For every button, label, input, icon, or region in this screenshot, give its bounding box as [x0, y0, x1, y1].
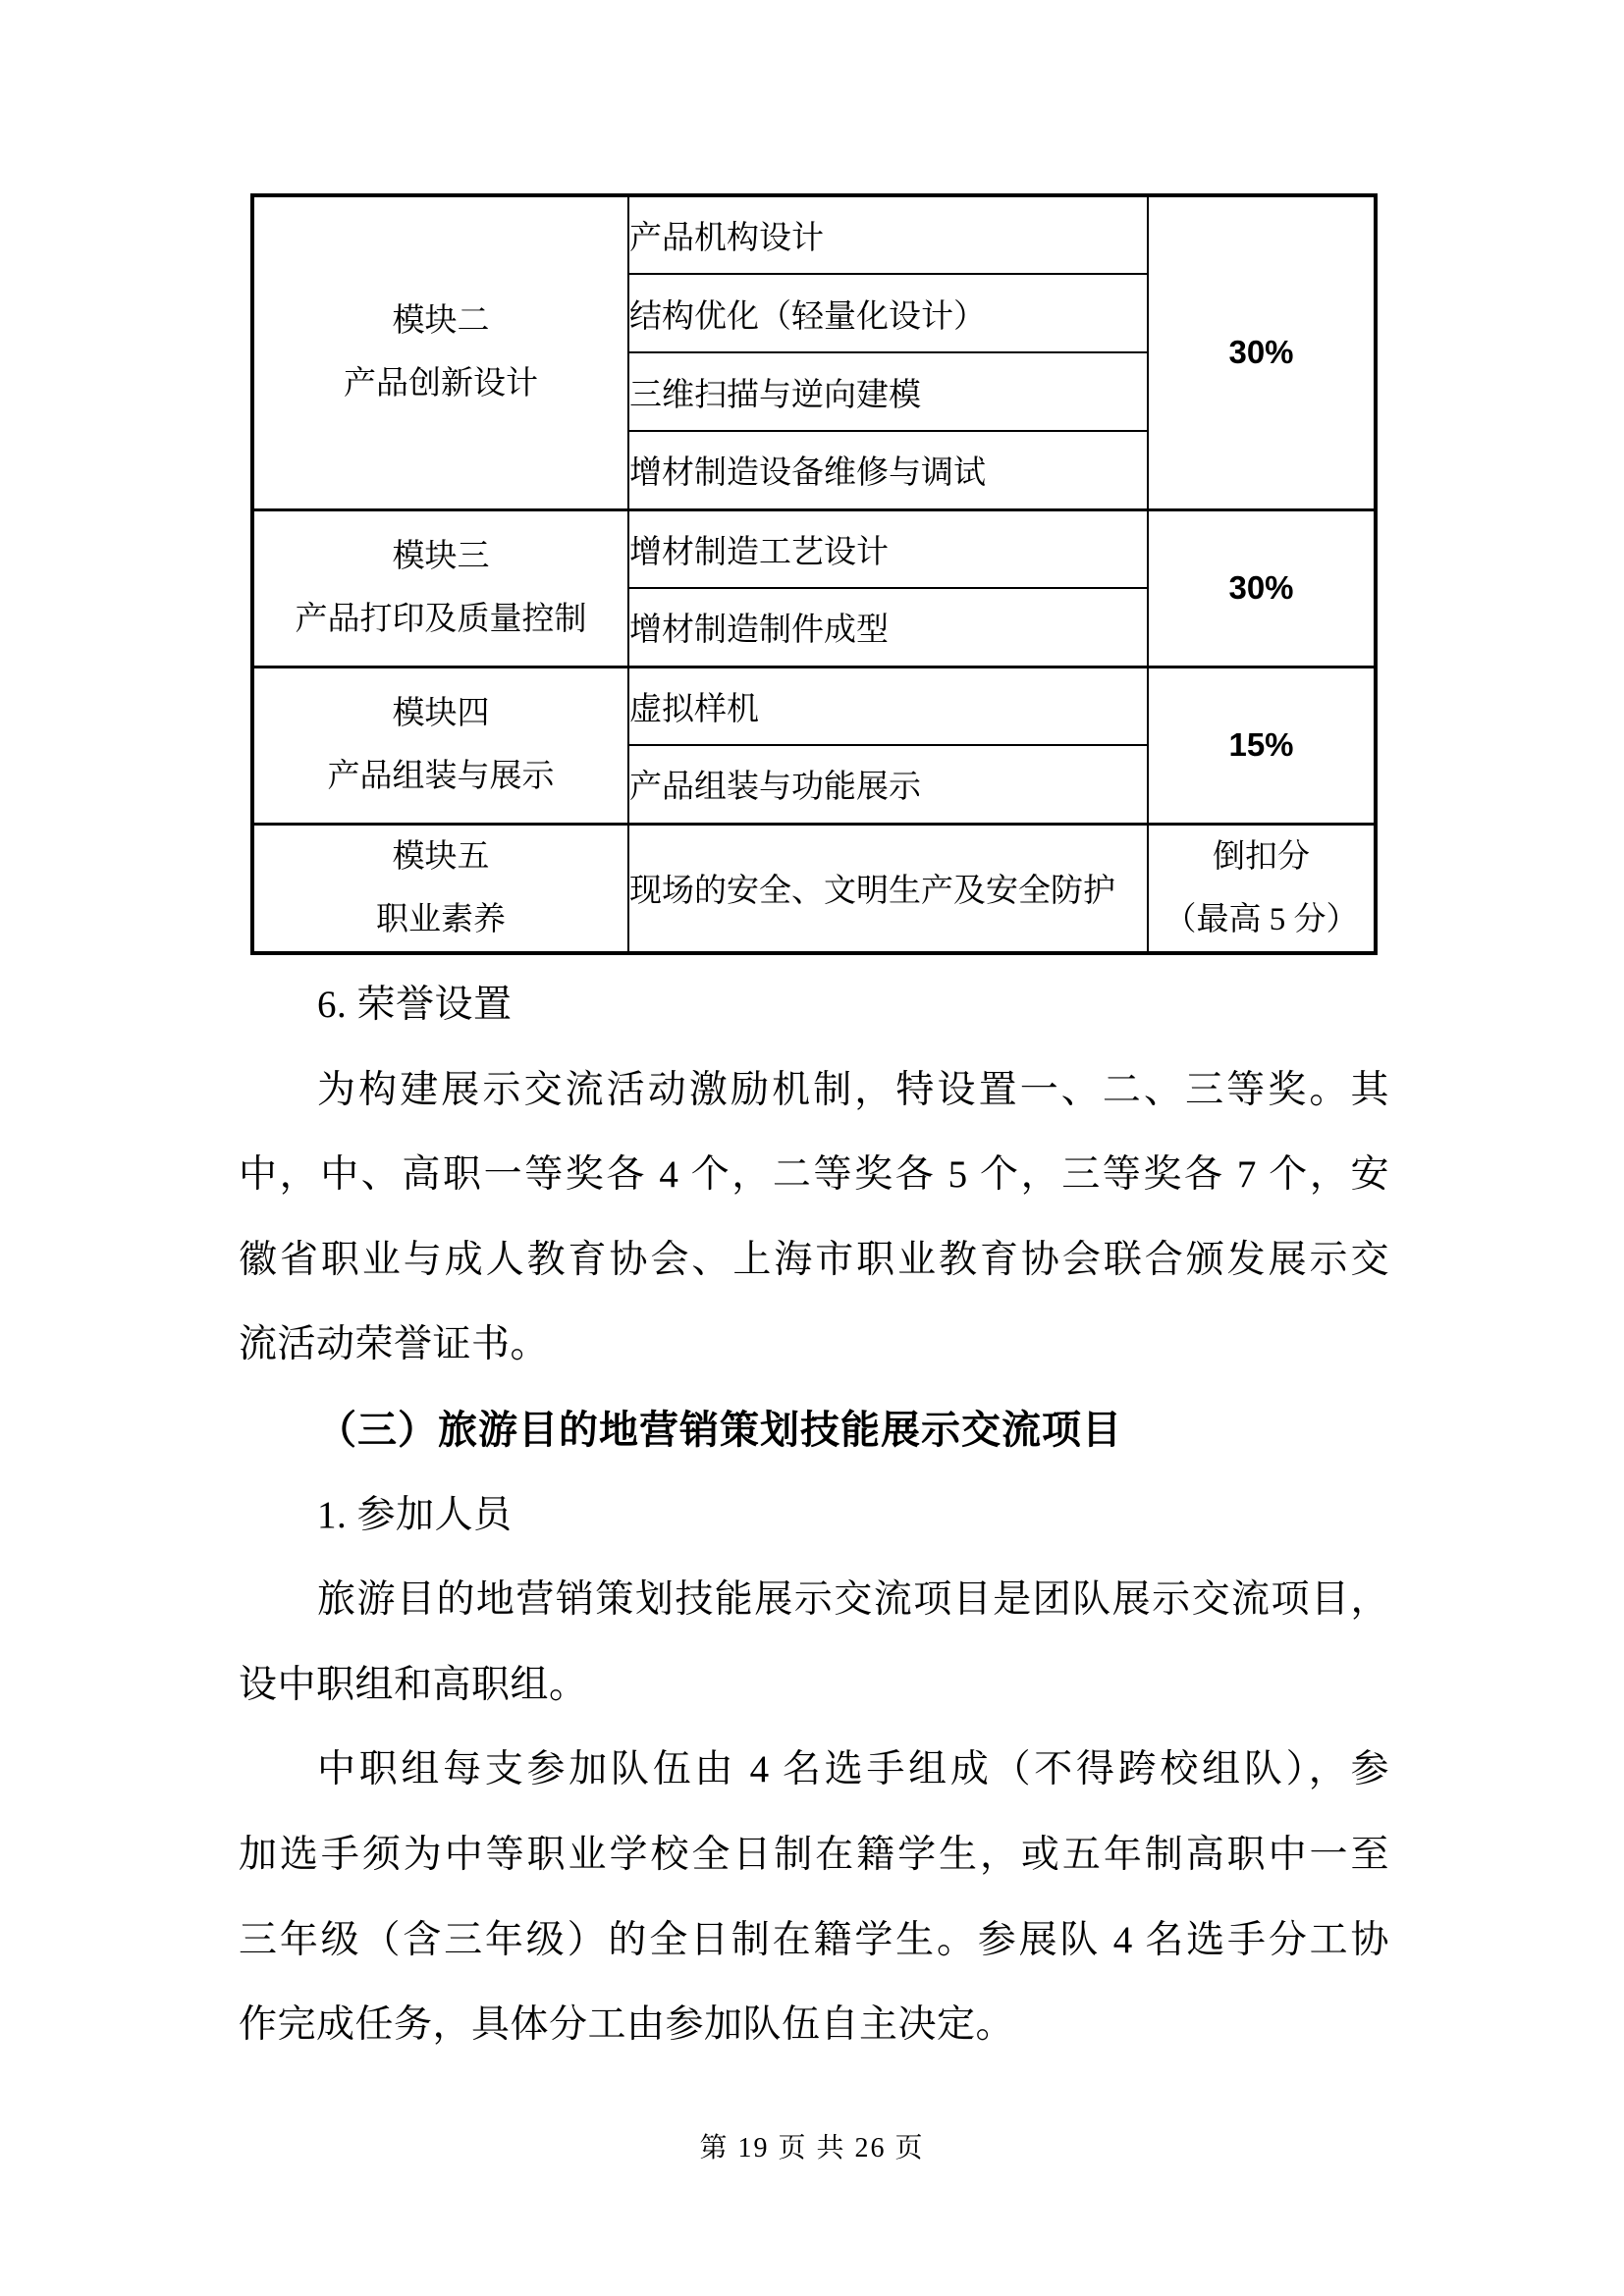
task-cell: 产品组装与功能展示: [628, 745, 1148, 824]
section-heading-tourism: （三）旅游目的地营销策划技能展示交流项目: [239, 1388, 1389, 1473]
body-line: 旅游目的地营销策划技能展示交流项目是团队展示交流项目，: [239, 1558, 1389, 1643]
body-line: 作完成任务，具体分工由参加队伍自主决定。: [239, 1983, 1389, 2068]
table-row: 模块四 产品组装与展示 虚拟样机 15%: [252, 667, 1376, 745]
numbered-heading-honor: 6. 荣誉设置: [239, 963, 1389, 1048]
module-5-cell: 模块五 职业素养: [252, 824, 628, 953]
module-3-subtitle: 产品打印及质量控制: [254, 588, 627, 651]
body-line: 加选手须为中等职业学校全日制在籍学生，或五年制高职中一至: [239, 1813, 1389, 1898]
task-cell: 现场的安全、文明生产及安全防护: [628, 824, 1148, 953]
deduct-max-label: （最高 5 分）: [1149, 888, 1374, 951]
body-line: 流活动荣誉证书。: [239, 1303, 1389, 1388]
body-text: 6. 荣誉设置 为构建展示交流活动激励机制，特设置一、二、三等奖。其 中，中、高…: [239, 963, 1389, 2068]
task-cell: 增材制造设备维修与调试: [628, 431, 1148, 509]
task-cell: 产品机构设计: [628, 195, 1148, 274]
body-line: 中职组每支参加队伍由 4 名选手组成（不得跨校组队），参: [239, 1728, 1389, 1813]
task-cell: 三维扫描与逆向建模: [628, 352, 1148, 431]
body-line: 中，中、高职一等奖各 4 个，二等奖各 5 个，三等奖各 7 个，安: [239, 1133, 1389, 1218]
module-4-name: 模块四: [254, 682, 627, 745]
task-cell: 增材制造工艺设计: [628, 509, 1148, 588]
body-line: 设中职组和高职组。: [239, 1643, 1389, 1729]
numbered-heading-participants: 1. 参加人员: [239, 1473, 1389, 1559]
module-5-name: 模块五: [254, 826, 627, 888]
module-4-cell: 模块四 产品组装与展示: [252, 667, 628, 824]
module-2-name: 模块二: [254, 290, 627, 352]
module-3-name: 模块三: [254, 525, 627, 588]
module-2-cell: 模块二 产品创新设计: [252, 195, 628, 509]
table-row: 模块五 职业素养 现场的安全、文明生产及安全防护 倒扣分 （最高 5 分）: [252, 824, 1376, 953]
body-line: 为构建展示交流活动激励机制，特设置一、二、三等奖。其: [239, 1048, 1389, 1134]
module-4-weight-cell: 15%: [1148, 667, 1376, 824]
document-page: 模块二 产品创新设计 产品机构设计 30% 结构优化（轻量化设计） 三维扫描与逆…: [0, 0, 1624, 2296]
deduct-label: 倒扣分: [1149, 826, 1374, 888]
task-cell: 结构优化（轻量化设计）: [628, 274, 1148, 352]
module-5-subtitle: 职业素养: [254, 888, 627, 951]
task-cell: 增材制造制件成型: [628, 588, 1148, 667]
table-row: 模块二 产品创新设计 产品机构设计 30%: [252, 195, 1376, 274]
module-2-weight-cell: 30%: [1148, 195, 1376, 509]
module-3-cell: 模块三 产品打印及质量控制: [252, 509, 628, 667]
page-number-footer: 第 19 页 共 26 页: [0, 2126, 1624, 2165]
task-cell: 虚拟样机: [628, 667, 1148, 745]
module-3-weight-cell: 30%: [1148, 509, 1376, 667]
body-line: 三年级（含三年级）的全日制在籍学生。参展队 4 名选手分工协: [239, 1898, 1389, 1984]
module-2-subtitle: 产品创新设计: [254, 352, 627, 415]
body-line: 徽省职业与成人教育协会、上海市职业教育协会联合颁发展示交: [239, 1218, 1389, 1304]
module-5-weight-cell: 倒扣分 （最高 5 分）: [1148, 824, 1376, 953]
module-4-subtitle: 产品组装与展示: [254, 745, 627, 808]
table-row: 模块三 产品打印及质量控制 增材制造工艺设计 30%: [252, 509, 1376, 588]
assessment-weight-table: 模块二 产品创新设计 产品机构设计 30% 结构优化（轻量化设计） 三维扫描与逆…: [250, 193, 1378, 955]
